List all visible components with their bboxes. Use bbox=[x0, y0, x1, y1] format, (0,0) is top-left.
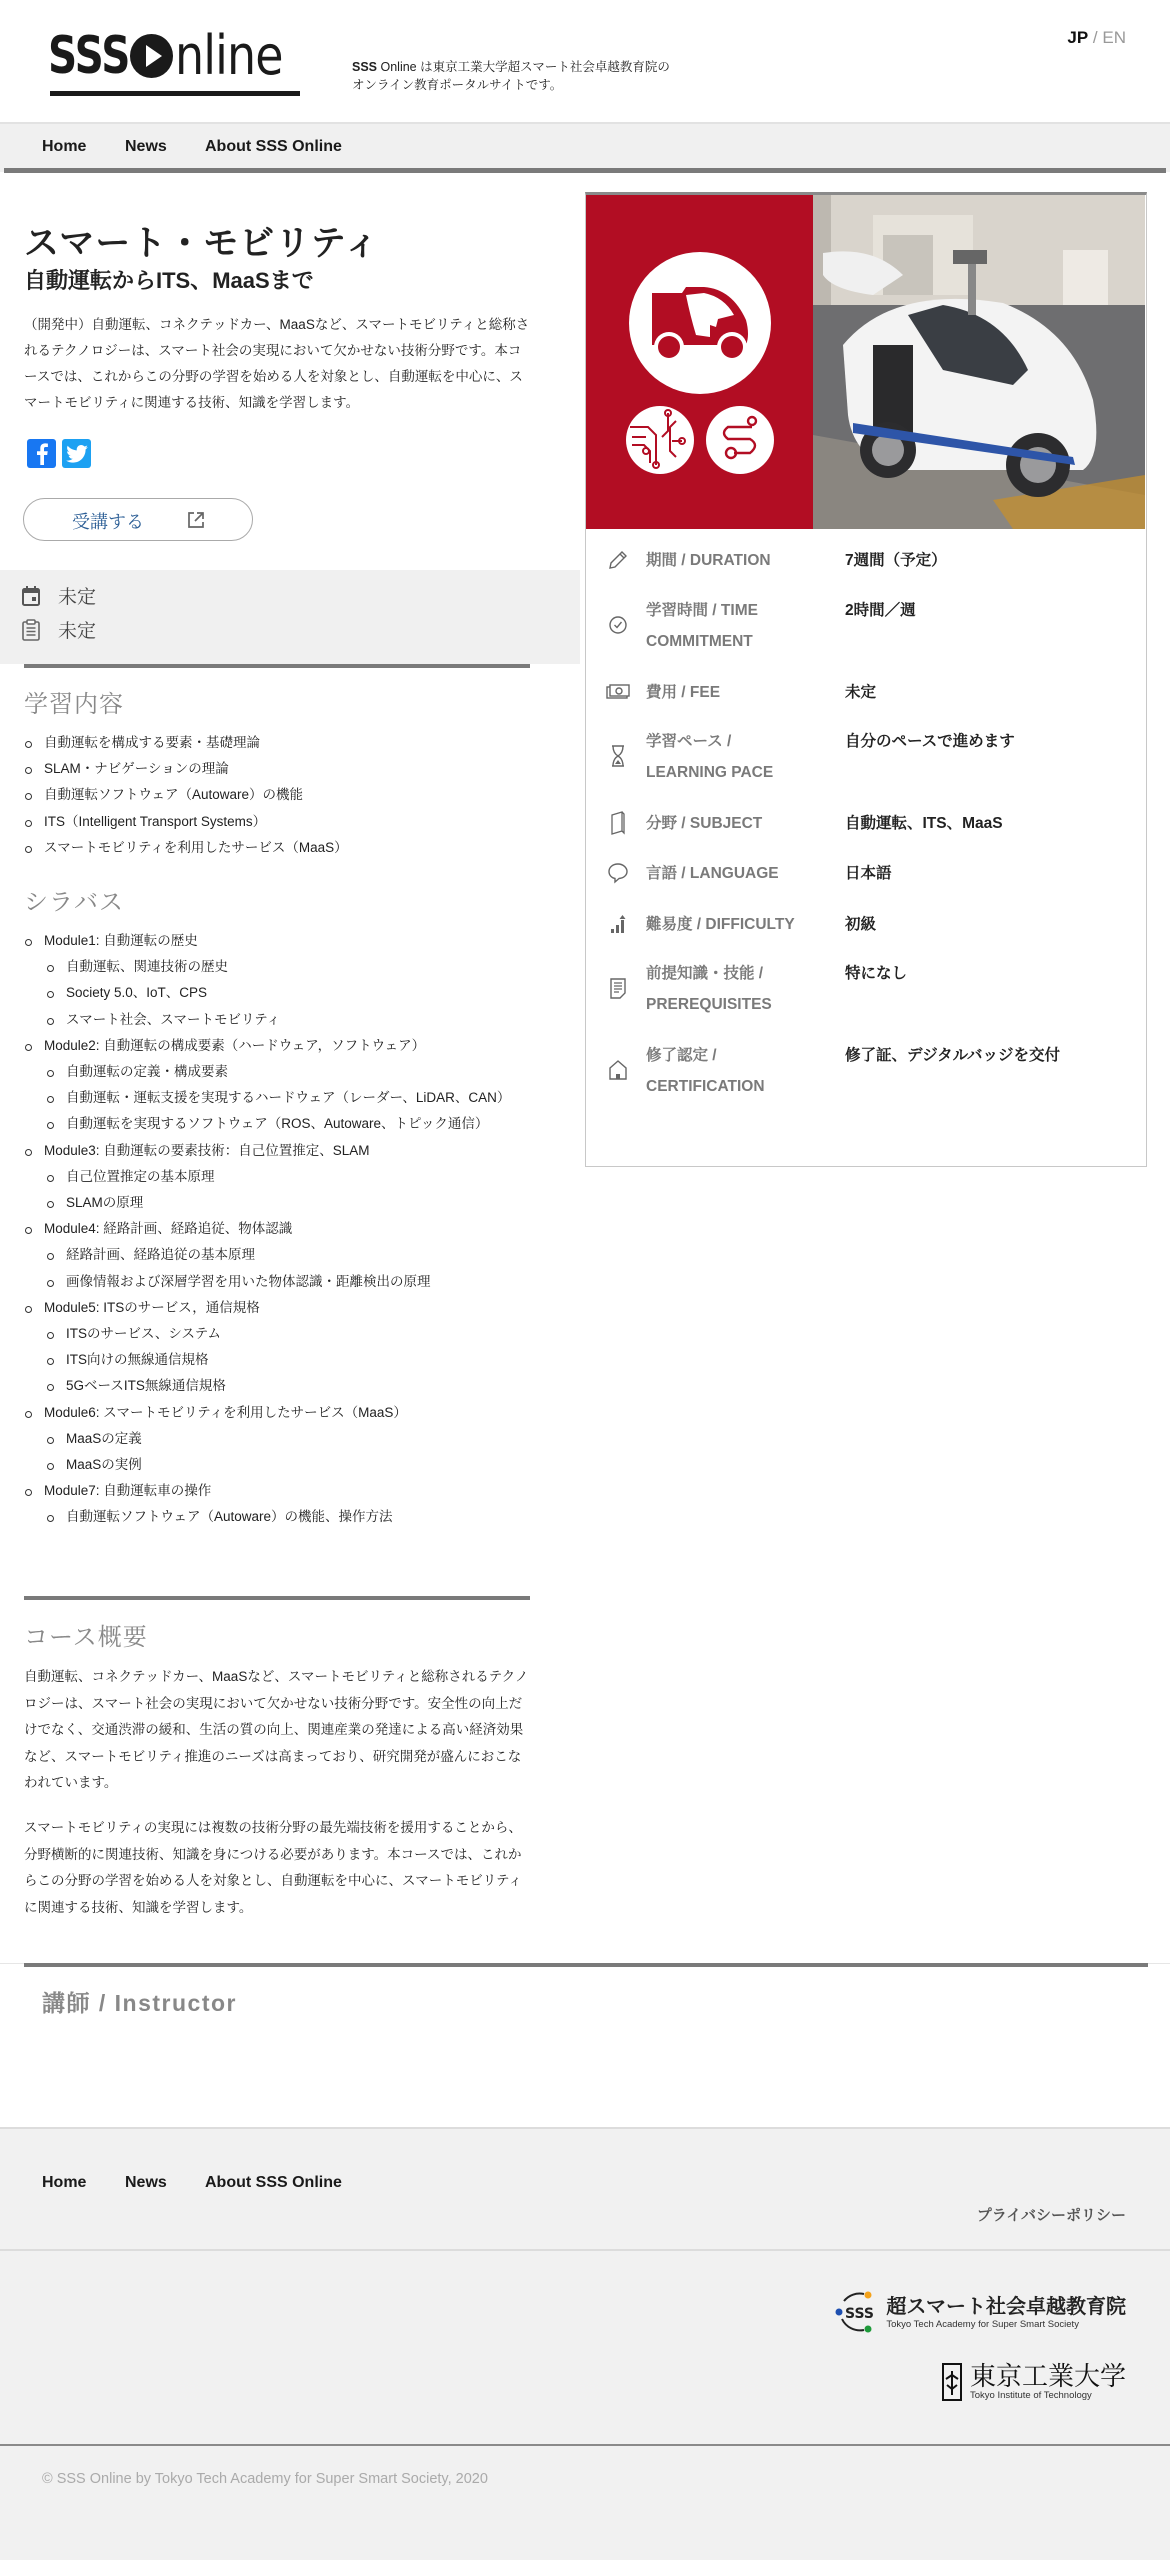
syllabus-topic: ITS向けの無線通信規格 bbox=[24, 1347, 510, 1373]
mobility-car-icon bbox=[586, 195, 813, 529]
info-value: 特になし bbox=[845, 958, 907, 989]
list-item: 自動運転を構成する要素・基礎理論 bbox=[24, 730, 348, 756]
section-divider bbox=[24, 1596, 530, 1600]
info-key: 修了認定 / CERTIFICATION bbox=[646, 1040, 796, 1102]
book-icon bbox=[606, 811, 630, 835]
sss-circle-icon: SSS bbox=[834, 2289, 880, 2335]
learning-heading: 学習内容 bbox=[24, 684, 124, 719]
site-tagline: SSS Online は東京工業大学超スマート社会卓越教育院の オンライン教育ポ… bbox=[352, 58, 670, 94]
twitter-share-button[interactable] bbox=[62, 439, 91, 468]
site-footer: Home News About SSS Online プライバシーポリシー SS… bbox=[0, 2127, 1170, 2560]
clock-icon bbox=[606, 613, 630, 637]
footer-nav-about[interactable]: About SSS Online bbox=[205, 2174, 342, 2192]
syllabus-heading: シラバス bbox=[24, 882, 124, 917]
tagline-line1: Online は東京工業大学超スマート社会卓越教育院の bbox=[377, 60, 670, 74]
info-value: 自動運転、ITS、MaaS bbox=[845, 808, 1003, 839]
info-key: 分野 / SUBJECT bbox=[646, 808, 796, 839]
sss-academy-logo[interactable]: SSS 超スマート社会卓越教育院 Tokyo Tech Academy for … bbox=[834, 2289, 1126, 2335]
hero-brand-panel bbox=[586, 195, 813, 529]
overview-paragraph: スマートモビリティの実現には複数の技術分野の最先端技術を援用することから、分野横… bbox=[24, 1815, 534, 1921]
logo-sss-text: SSS bbox=[48, 26, 104, 86]
syllabus-module: Module7: 自動運転車の操作 bbox=[24, 1478, 510, 1504]
enroll-button[interactable]: 受講する bbox=[23, 498, 253, 541]
lang-jp-link[interactable]: JP bbox=[1067, 28, 1088, 47]
syllabus-topic: 画像情報および深層学習を用いた物体認識・距離検出の原理 bbox=[24, 1269, 510, 1295]
start-date-value: 未定 bbox=[58, 582, 96, 609]
course-hero-image bbox=[586, 195, 1145, 529]
course-info-card: 期間 / DURATION 7週間（予定） 学習時間 / TIME COMMIT… bbox=[585, 192, 1147, 1167]
privacy-policy-link[interactable]: プライバシーポリシー bbox=[977, 2204, 1126, 2225]
logo-underline bbox=[50, 91, 300, 96]
site-header: SSS nline SSS Online は東京工業大学超スマート社会卓越教育院… bbox=[0, 0, 1170, 122]
nav-divider bbox=[4, 168, 1166, 173]
list-item: 自動運転ソフトウェア（Autoware）の機能 bbox=[24, 782, 348, 808]
info-key: 学習時間 / TIME COMMITMENT bbox=[646, 595, 796, 657]
start-date-row: 未定 bbox=[22, 582, 96, 609]
home-icon bbox=[606, 1058, 630, 1082]
tit-logo-jp: 東京工業大学 bbox=[970, 2362, 1126, 2390]
info-key: 期間 / DURATION bbox=[646, 545, 796, 576]
play-icon bbox=[130, 34, 173, 78]
syllabus-topic: ITSのサービス、システム bbox=[24, 1321, 510, 1347]
tokyo-tech-logo[interactable]: 東京工業大学 Tokyo Institute of Technology bbox=[942, 2362, 1126, 2401]
footer-divider bbox=[0, 2444, 1170, 2446]
nav-home[interactable]: Home bbox=[42, 138, 86, 156]
footer-nav-home[interactable]: Home bbox=[42, 2174, 86, 2192]
social-share bbox=[27, 439, 91, 468]
syllabus-topic: 自動運転の定義・構成要素 bbox=[24, 1059, 510, 1085]
section-divider bbox=[24, 1963, 1148, 1967]
calendar-icon bbox=[22, 586, 42, 606]
end-date-row: 未定 bbox=[22, 616, 96, 643]
nav-about[interactable]: About SSS Online bbox=[205, 138, 342, 156]
info-value: 修了証、デジタルバッジを交付 bbox=[845, 1040, 1060, 1071]
section-divider bbox=[24, 664, 530, 668]
learning-list: 自動運転を構成する要素・基礎理論 SLAM・ナビゲーションの理論 自動運転ソフト… bbox=[24, 730, 348, 861]
external-link-icon bbox=[187, 511, 205, 529]
syllabus-topic: MaaSの定義 bbox=[24, 1426, 510, 1452]
clipboard-icon bbox=[22, 619, 42, 641]
end-date-value: 未定 bbox=[58, 616, 96, 643]
syllabus-topic: 自己位置推定の基本原理 bbox=[24, 1164, 510, 1190]
info-key: 学習ペース / LEARNING PACE bbox=[646, 726, 796, 788]
syllabus-topic: MaaSの実例 bbox=[24, 1452, 510, 1478]
info-value: 自分のペースで進めます bbox=[845, 726, 1015, 757]
syllabus-topic: 自動運転、関連技術の歴史 bbox=[24, 954, 510, 980]
syllabus-topic: 経路計画、経路追従の基本原理 bbox=[24, 1242, 510, 1268]
info-value: 初級 bbox=[845, 909, 876, 940]
overview-heading: コース概要 bbox=[24, 1617, 148, 1652]
course-lead: （開発中）自動運転、コネクテッドカー、MaaSなど、スマートモビリティと総称され… bbox=[24, 312, 534, 416]
syllabus-module: Module6: スマートモビリティを利用したサービス（MaaS） bbox=[24, 1400, 510, 1426]
main-nav: Home News About SSS Online bbox=[0, 122, 1170, 172]
enroll-label: 受講する bbox=[72, 508, 144, 534]
tagline-line2: オンライン教育ポータルサイトです。 bbox=[352, 76, 670, 94]
syllabus-module: Module5: ITSのサービス，通信規格 bbox=[24, 1295, 510, 1321]
course-title: スマート・モビリティ bbox=[24, 216, 380, 266]
nav-news[interactable]: News bbox=[125, 138, 167, 156]
course-subtitle: 自動運転からITS、MaaSまで bbox=[24, 264, 314, 295]
tit-logo-en: Tokyo Institute of Technology bbox=[970, 2390, 1126, 2401]
pencil-icon bbox=[606, 548, 630, 572]
document-list-icon bbox=[606, 976, 630, 1000]
syllabus-topic: 自動運転ソフトウェア（Autoware）の機能、操作方法 bbox=[24, 1504, 510, 1530]
twitter-icon bbox=[66, 445, 88, 463]
difficulty-bars-icon bbox=[606, 912, 630, 936]
language-switcher: JP / EN bbox=[1067, 28, 1126, 48]
syllabus-topic: Society 5.0、IoT、CPS bbox=[24, 980, 510, 1006]
lang-en-link[interactable]: EN bbox=[1102, 28, 1126, 47]
syllabus-module: Module4: 経路計画、経路追従、物体認識 bbox=[24, 1216, 510, 1242]
info-key: 費用 / FEE bbox=[646, 677, 796, 708]
info-key: 前提知識・技能 / PREREQUISITES bbox=[646, 958, 796, 1020]
lang-separator: / bbox=[1088, 28, 1102, 47]
footer-divider bbox=[0, 2249, 1170, 2251]
svg-text:SSS: SSS bbox=[845, 2306, 874, 2322]
instructor-heading: 講師 / Instructor bbox=[42, 1985, 237, 2018]
sss-logo-jp: 超スマート社会卓越教育院 bbox=[886, 2295, 1126, 2319]
syllabus-topic: 自動運転・運転支援を実現するハードウェア（レーダー、LiDAR、CAN） bbox=[24, 1085, 510, 1111]
hourglass-icon bbox=[606, 744, 630, 768]
tokyo-tech-emblem-icon bbox=[942, 2363, 962, 2401]
info-value: 未定 bbox=[845, 677, 876, 708]
info-value: 7週間（予定） bbox=[845, 545, 947, 576]
info-key: 難易度 / DIFFICULTY bbox=[646, 909, 796, 940]
info-value: 2時間／週 bbox=[845, 595, 916, 626]
copyright: © SSS Online by Tokyo Tech Academy for S… bbox=[42, 2471, 488, 2487]
overview-paragraph: 自動運転、コネクテッドカー、MaaSなど、スマートモビリティと総称されるテクノロ… bbox=[24, 1664, 534, 1797]
syllabus-module: Module1: 自動運転の歴史 bbox=[24, 928, 510, 954]
logo-online-text: nline bbox=[175, 26, 283, 86]
facebook-icon bbox=[35, 443, 49, 465]
money-icon bbox=[606, 680, 630, 704]
syllabus-topic: スマート社会、スマートモビリティ bbox=[24, 1007, 510, 1033]
facebook-share-button[interactable] bbox=[27, 439, 56, 468]
tagline-brand: SSS bbox=[352, 60, 377, 74]
speech-bubble-icon bbox=[606, 861, 630, 885]
info-key: 言語 / LANGUAGE bbox=[646, 858, 796, 889]
list-item: ITS（Intelligent Transport Systems） bbox=[24, 809, 348, 835]
course-dates: 未定 未定 bbox=[0, 570, 580, 664]
info-value: 日本語 bbox=[845, 858, 892, 889]
sss-logo-en: Tokyo Tech Academy for Super Smart Socie… bbox=[886, 2319, 1126, 2330]
syllabus-topic: 5GベースITS無線通信規格 bbox=[24, 1373, 510, 1399]
footer-nav-news[interactable]: News bbox=[125, 2174, 167, 2192]
autonomous-vehicle-photo bbox=[813, 195, 1145, 529]
syllabus-topic: 自動運転を実現するソフトウェア（ROS、Autoware、トピック通信） bbox=[24, 1111, 510, 1137]
syllabus-list: Module1: 自動運転の歴史 自動運転、関連技術の歴史 Society 5.… bbox=[24, 928, 510, 1531]
syllabus-module: Module2: 自動運転の構成要素（ハードウェア，ソフトウェア） bbox=[24, 1033, 510, 1059]
sss-online-logo[interactable]: SSS nline bbox=[48, 26, 302, 98]
list-item: スマートモビリティを利用したサービス（MaaS） bbox=[24, 835, 348, 861]
syllabus-module: Module3: 自動運転の要素技術：自己位置推定、SLAM bbox=[24, 1138, 510, 1164]
list-item: SLAM・ナビゲーションの理論 bbox=[24, 756, 348, 782]
syllabus-topic: SLAMの原理 bbox=[24, 1190, 510, 1216]
